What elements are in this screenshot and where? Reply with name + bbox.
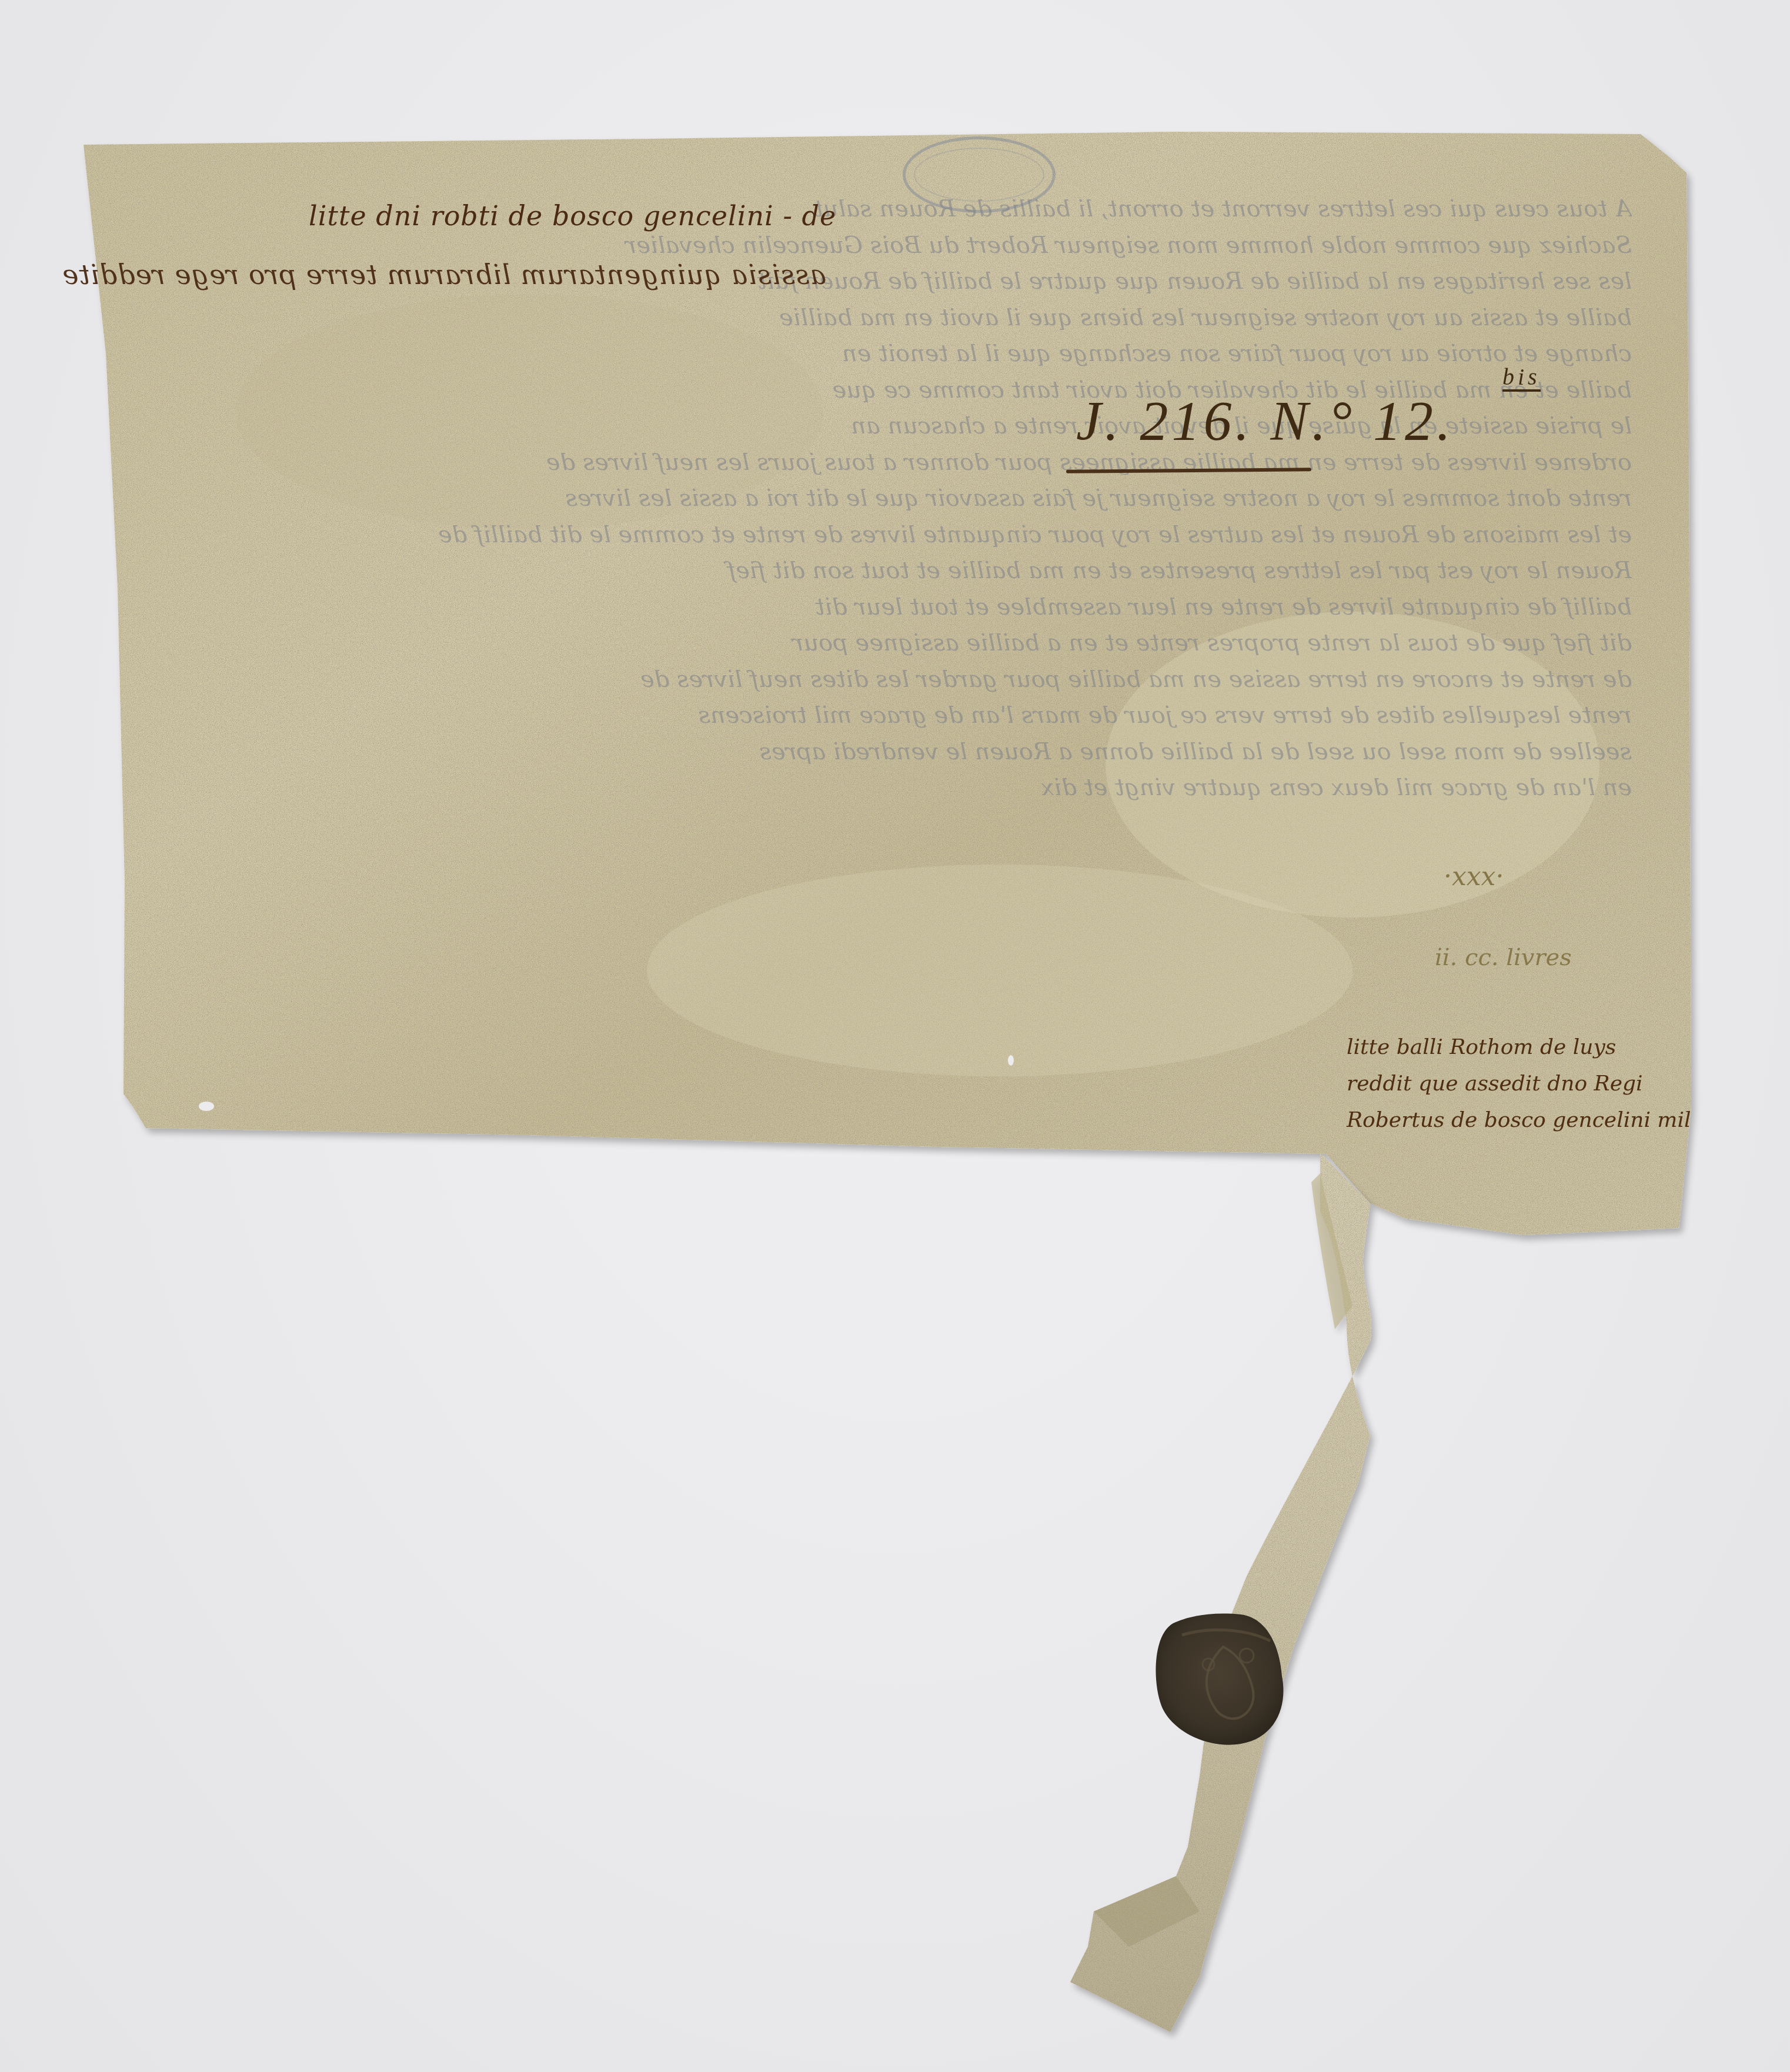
show-through-line: dit fief que de tous la rente propres re… <box>126 625 1632 662</box>
shelfmark-suffix: bis <box>1502 365 1541 392</box>
wax-seal <box>1156 1613 1283 1744</box>
show-through-line: et les maisons de Rouen et les autres le… <box>126 517 1632 553</box>
show-through-line: en l'an de grace mil deux cens quatre vi… <box>126 770 1632 806</box>
shelfmark-main: J. 216. N.° 12. <box>1076 389 1454 452</box>
show-through-line: change et otroie au roy pour faire son e… <box>126 336 1632 372</box>
show-through-line: seellee de mon seel ou seel de la bailli… <box>126 734 1632 770</box>
bottom-endorsement: litte balli Rothom de luys reddit que as… <box>1347 1029 1691 1139</box>
show-through-line: rente lesquelles dites de terre vers ce … <box>126 698 1632 734</box>
seal-tag <box>1070 1153 1371 2032</box>
top-endorsement-line-1: litte dni robti de bosco gencelini - de <box>309 200 836 232</box>
show-through-line: baillif de cinquante livres de rente en … <box>126 589 1632 626</box>
show-through-line: de rente et encore en terre assise en ma… <box>126 662 1632 698</box>
show-through-line: Rouen le roy est par les lettres present… <box>126 553 1632 589</box>
shelfmark: J. 216. N.° 12. bis <box>1076 388 1454 453</box>
bottom-endorsement-line-3: Robertus de bosco gencelini mil <box>1347 1102 1691 1139</box>
bottom-endorsement-line-1: litte balli Rothom de luys <box>1347 1029 1691 1066</box>
show-through-line: Sachiez que comme noble homme mon seigne… <box>126 228 1632 264</box>
bottom-endorsement-line-2: reddit que assedit dno Regi <box>1347 1066 1691 1102</box>
count-mark: ·xxx· <box>1444 862 1504 892</box>
faint-note: ii. cc. livres <box>1435 944 1572 971</box>
show-through-line: rente dont sommes le roy a nostre seigne… <box>126 481 1632 517</box>
show-through-line: baille et assis au roy nostre seigneur l… <box>126 300 1632 336</box>
top-endorsement-line-2: assisia quingentarum librarum terre pro … <box>62 259 826 291</box>
